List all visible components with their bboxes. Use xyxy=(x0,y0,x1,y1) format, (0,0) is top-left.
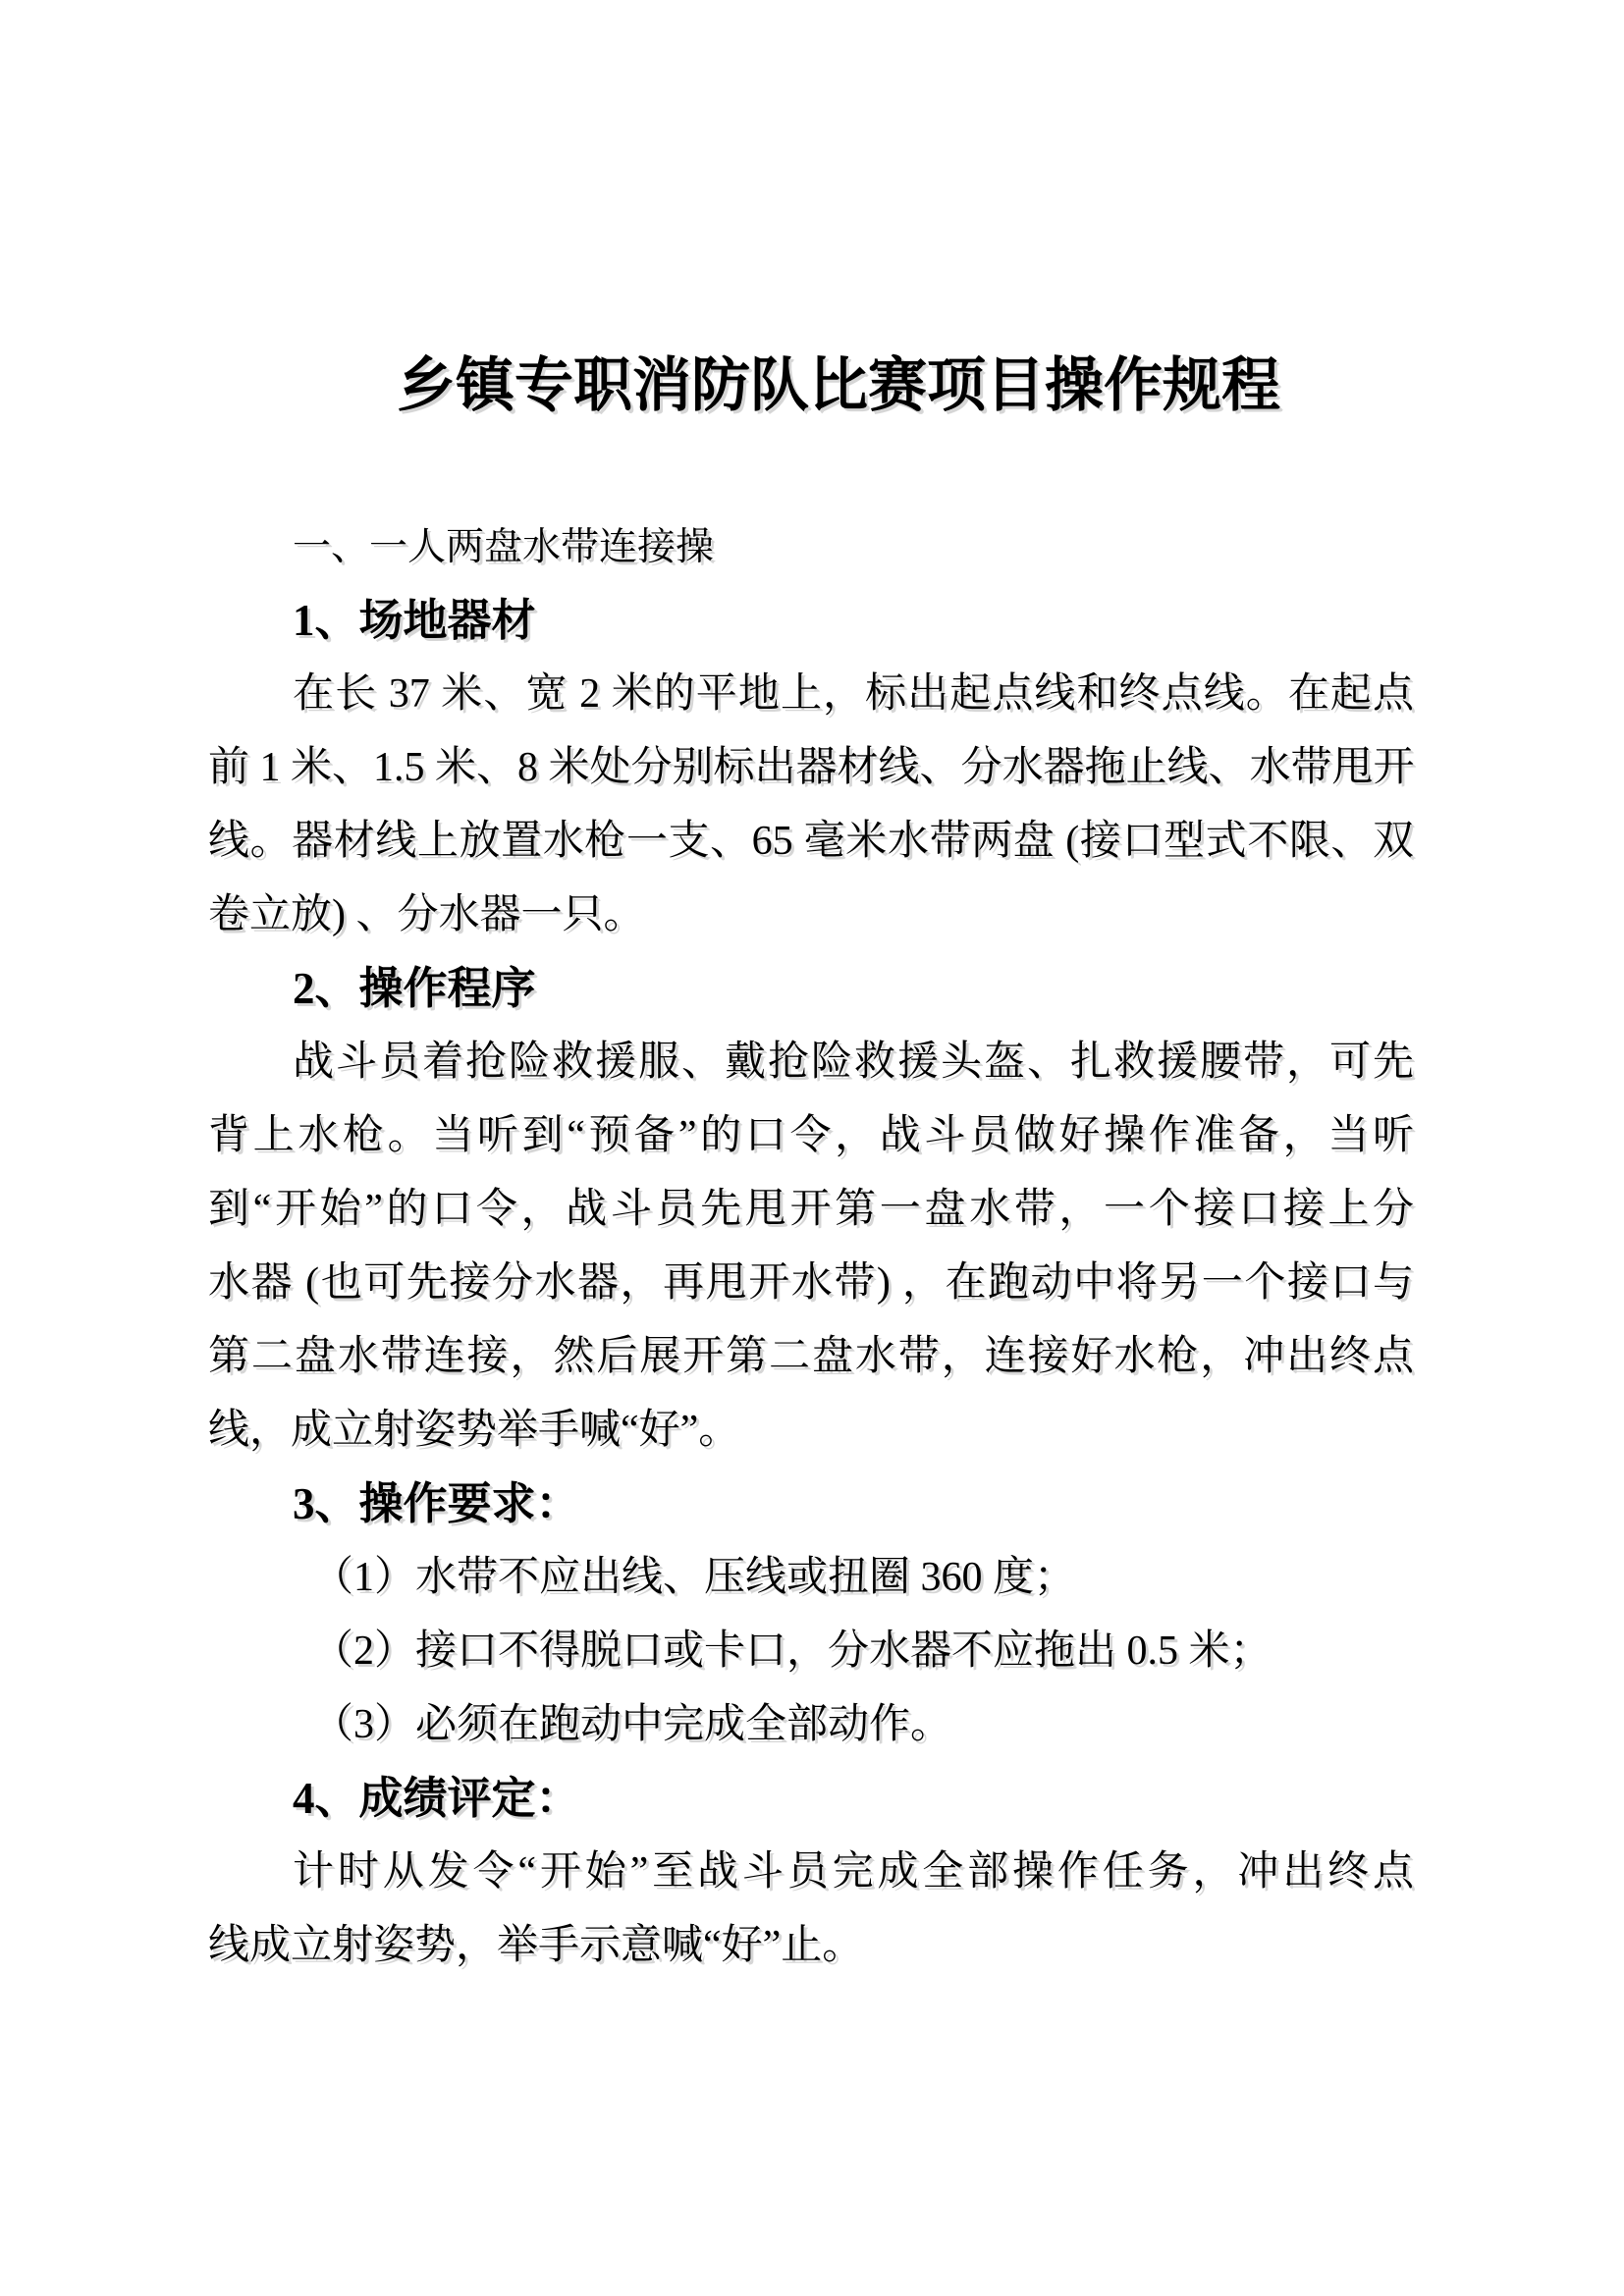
paragraph-line: 战斗员着抢险救援服、戴抢险救援头盔、扎救援腰带，可先 xyxy=(208,1026,1414,1099)
heading-operation-requirements: 3、操作要求： xyxy=(208,1468,1414,1541)
list-item: （3）必须在跑动中完成全部动作。 xyxy=(208,1688,1414,1762)
heading-score-evaluation: 4、成绩评定： xyxy=(208,1762,1414,1836)
paragraph-line: 卷立放) 、分水器一只。 xyxy=(208,879,1414,952)
list-item: （2）接口不得脱口或卡口，分水器不应拖出 0.5 米； xyxy=(208,1615,1414,1688)
paragraph-line: 第二盘水带连接，然后展开第二盘水带，连接好水枪，冲出终点 xyxy=(208,1320,1414,1394)
document-title: 乡镇专职消防队比赛项目操作规程 xyxy=(208,342,1414,430)
paragraph-line: 线。器材线上放置水枪一支、65 毫米水带两盘 (接口型式不限、双 xyxy=(208,805,1414,879)
paragraph-line: 线成立射姿势，举手示意喊“好”止。 xyxy=(208,1909,1414,1983)
section-heading: 一、一人两盘水带连接操 xyxy=(208,510,1414,584)
paragraph-line: 计时从发令“开始”至战斗员完成全部操作任务，冲出终点 xyxy=(208,1836,1414,1909)
document-page: 乡镇专职消防队比赛项目操作规程 一、一人两盘水带连接操 1、场地器材 在长 37… xyxy=(0,0,1624,2296)
paragraph-line: 到“开始”的口令，战斗员先甩开第一盘水带，一个接口接上分 xyxy=(208,1173,1414,1247)
paragraph-line: 背上水枪。当听到“预备”的口令，战斗员做好操作准备，当听 xyxy=(208,1099,1414,1173)
heading-operation-procedure: 2、操作程序 xyxy=(208,952,1414,1026)
list-item: （1）水带不应出线、压线或扭圈 360 度； xyxy=(208,1541,1414,1615)
document-body: 一、一人两盘水带连接操 1、场地器材 在长 37 米、宽 2 米的平地上，标出起… xyxy=(208,510,1414,1983)
paragraph-line: 在长 37 米、宽 2 米的平地上，标出起点线和终点线。在起点 xyxy=(208,658,1414,731)
heading-site-equipment: 1、场地器材 xyxy=(208,584,1414,658)
paragraph-line: 前 1 米、1.5 米、8 米处分别标出器材线、分水器拖止线、水带甩开 xyxy=(208,731,1414,805)
paragraph-line: 水器 (也可先接分水器，再甩开水带) ，在跑动中将另一个接口与 xyxy=(208,1247,1414,1320)
paragraph-line: 线，成立射姿势举手喊“好”。 xyxy=(208,1394,1414,1468)
